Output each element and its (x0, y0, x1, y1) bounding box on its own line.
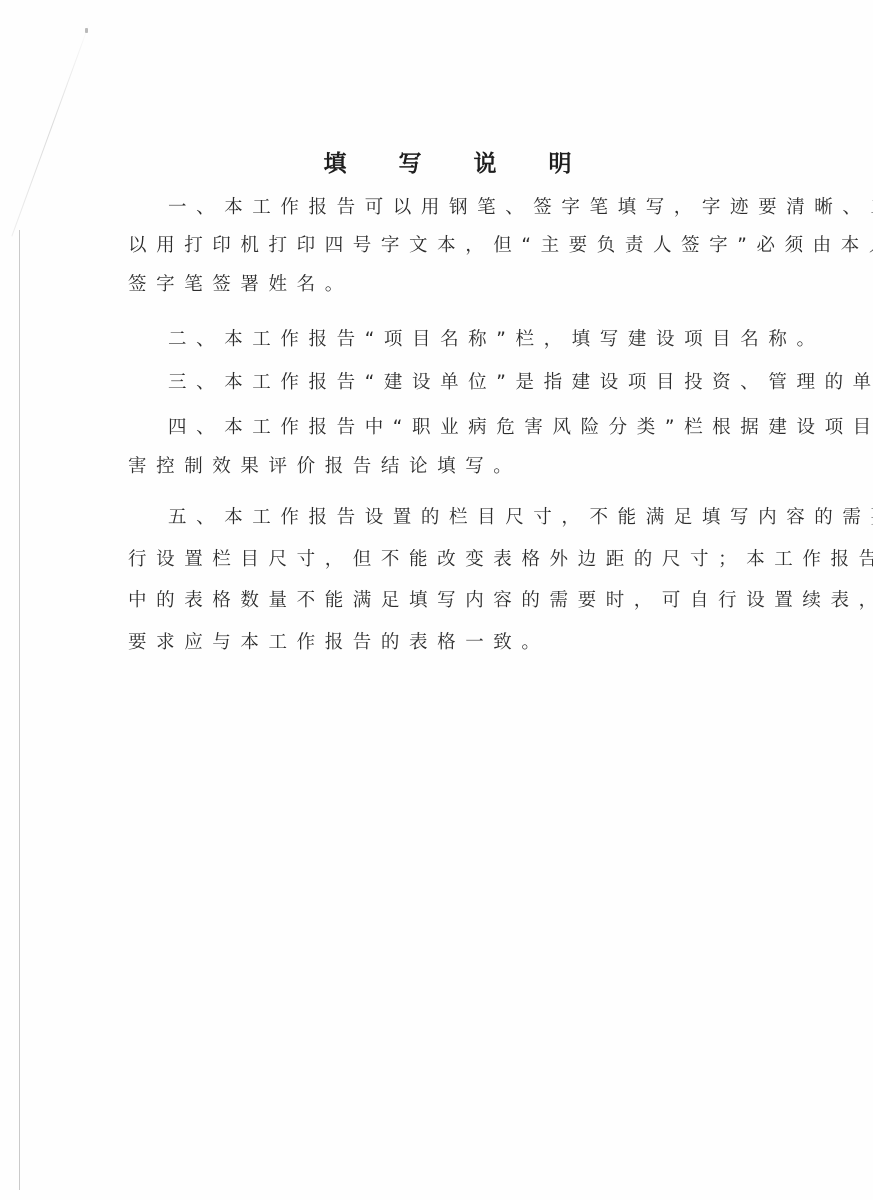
paragraph-5-line-3: 中的表格数量不能满足填写内容的需要时，可自行设置续表，格式和内容 (128, 588, 873, 614)
paragraph-5-line-1: 五、本工作报告设置的栏目尺寸，不能满足填写内容的需要时，可自 (168, 505, 873, 531)
scanned-page: 填 写 说 明 一、本工作报告可以用钢笔、签字笔填写，字迹要清晰、工整；也可 以… (0, 0, 873, 1200)
scan-speck (85, 28, 88, 33)
document-title: 填 写 说 明 (0, 149, 873, 179)
paragraph-4-line-1: 四、本工作报告中“职业病危害风险分类”栏根据建设项目职业病危 (168, 415, 873, 441)
paragraph-1-line-1: 一、本工作报告可以用钢笔、签字笔填写，字迹要清晰、工整；也可 (168, 195, 873, 221)
paragraph-2-line-1: 二、本工作报告“项目名称”栏，填写建设项目名称。 (168, 327, 825, 353)
paragraph-3-line-1: 三、本工作报告“建设单位”是指建设项目投资、管理的单位。 (168, 370, 873, 396)
scan-fold-line (11, 20, 91, 236)
paragraph-1-line-3: 签字笔签署姓名。 (128, 272, 353, 298)
scan-page-edge (19, 230, 20, 1190)
paragraph-1-line-2: 以用打印机打印四号字文本，但“主要负责人签字”必须由本人用钢笔、 (128, 233, 873, 259)
paragraph-4-line-2: 害控制效果评价报告结论填写。 (128, 454, 521, 480)
paragraph-5-line-2: 行设置栏目尺寸，但不能改变表格外边距的尺寸；本工作报告设置的栏目 (128, 547, 873, 573)
paragraph-5-line-4: 要求应与本工作报告的表格一致。 (128, 630, 550, 656)
